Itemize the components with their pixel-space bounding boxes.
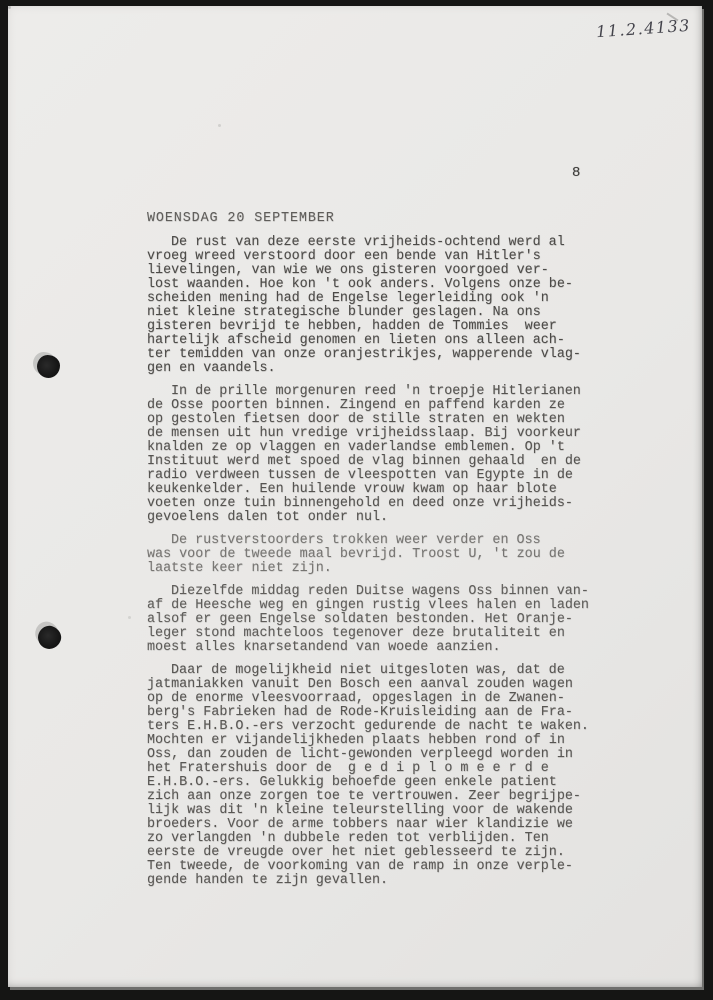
text-line: moest alles knarsetandend van woede aanz… <box>147 641 623 655</box>
page-number: 8 <box>572 165 580 181</box>
text-line: keukenkelder. Een huilende vrouw kwam op… <box>147 483 623 497</box>
paragraph: Diezelfde middag reden Duitse wagens Oss… <box>147 585 623 655</box>
text-line: zo verlangden 'n dubbele reden tot verbl… <box>147 832 623 846</box>
typewritten-text: WOENSDAG 20 SEPTEMBER De rust van deze e… <box>147 212 623 897</box>
text-line: de mensen uit hun vredige vrijheidsslaap… <box>147 427 623 441</box>
text-line: berg's Fabrieken had de Rode-Kruisleidin… <box>147 706 623 720</box>
text-line: af de Heesche weg en gingen rustig vlees… <box>147 599 623 613</box>
text-line: niet kleine strategische blunder geslage… <box>147 306 623 320</box>
text-line: lijk was dit 'n kleine teleurstelling vo… <box>147 804 623 818</box>
text-line: gende handen te zijn gevallen. <box>147 874 623 888</box>
text-line: radio verdween tussen de vleespotten van… <box>147 469 623 483</box>
text-line: Oss, dan zouden de licht-gewonden verple… <box>147 748 623 762</box>
paragraph: De rust van deze eerste vrijheids-ochten… <box>147 236 623 376</box>
text-line: gevoelens dalen tot onder nul. <box>147 511 623 525</box>
text-line: E.H.B.O.-ers. Gelukkig behoefde geen enk… <box>147 776 623 790</box>
text-line: Daar de mogelijkheid niet uitgesloten wa… <box>147 664 623 678</box>
text-line: gisteren bevrijd te hebben, hadden de To… <box>147 320 623 334</box>
paragraph: De rustverstoorders trokken weer verder … <box>147 534 623 576</box>
text-line: was voor de tweede maal bevrijd. Troost … <box>147 548 623 562</box>
text-line: op de enorme vleesvoorraad, opgeslagen i… <box>147 692 623 706</box>
text-line: het Fratershuis door de g e d i p l o m … <box>147 762 623 776</box>
text-line: scheiden mening had de Engelse legerleid… <box>147 292 623 306</box>
paragraph: In de prille morgenuren reed 'n troepje … <box>147 385 623 525</box>
text-line: lost waanden. Hoe kon 't ook anders. Vol… <box>147 278 623 292</box>
text-line: De rustverstoorders trokken weer verder … <box>147 534 623 548</box>
text-line: Instituut werd met spoed de vlag binnen … <box>147 455 623 469</box>
text-line: Diezelfde middag reden Duitse wagens Oss… <box>147 585 623 599</box>
text-line: vroeg wreed verstoord door een bende van… <box>147 250 623 264</box>
text-line: knalden ze op vlaggen en vaderlandse emb… <box>147 441 623 455</box>
paragraphs: De rust van deze eerste vrijheids-ochten… <box>147 236 623 888</box>
text-line: ter temidden van onze oranjestrikjes, wa… <box>147 348 623 362</box>
text-line: eerste de vreugde over het niet geblesse… <box>147 846 623 860</box>
text-line: gen en vaandels. <box>147 362 623 376</box>
text-line: De rust van deze eerste vrijheids-ochten… <box>147 236 623 250</box>
text-line: alsof er geen Engelse soldaten bestonden… <box>147 613 623 627</box>
paragraph: Daar de mogelijkheid niet uitgesloten wa… <box>147 664 623 888</box>
scan-speck <box>8 6 11 9</box>
hole-punch-top <box>37 355 60 378</box>
text-line: de Osse poorten binnen. Zingend en paffe… <box>147 399 623 413</box>
paper-sheet: 11.2.4133 8 WOENSDAG 20 SEPTEMBER De rus… <box>8 6 702 987</box>
scanned-document: { "scan": { "handwritten_number": "11.2.… <box>0 0 713 1000</box>
text-line: hartelijk afscheid genomen en lieten ons… <box>147 334 623 348</box>
text-line: voeten onze tuin binnengehold en deed on… <box>147 497 623 511</box>
text-line: op gestolen fietsen door de stille strat… <box>147 413 623 427</box>
entry-heading: WOENSDAG 20 SEPTEMBER <box>147 212 623 226</box>
text-line: Mochten er vijandelijkheden plaats hebbe… <box>147 734 623 748</box>
text-line: Ten tweede, de voorkoming van de ramp in… <box>147 860 623 874</box>
text-line: zich aan onze zorgen toe te vertrouwen. … <box>147 790 623 804</box>
text-line: laatste keer niet zijn. <box>147 562 623 576</box>
text-line: jatmaniakken vanuit Den Bosch een aanval… <box>147 678 623 692</box>
text-line: ters E.H.B.O.-ers verzocht gedurende de … <box>147 720 623 734</box>
text-line: In de prille morgenuren reed 'n troepje … <box>147 385 623 399</box>
text-line: leger stond machteloos tegenover deze br… <box>147 627 623 641</box>
text-line: broeders. Voor de arme tobbers naar wier… <box>147 818 623 832</box>
hole-punch-bottom <box>35 623 64 652</box>
text-line: lievelingen, van wie we ons gisteren voo… <box>147 264 623 278</box>
